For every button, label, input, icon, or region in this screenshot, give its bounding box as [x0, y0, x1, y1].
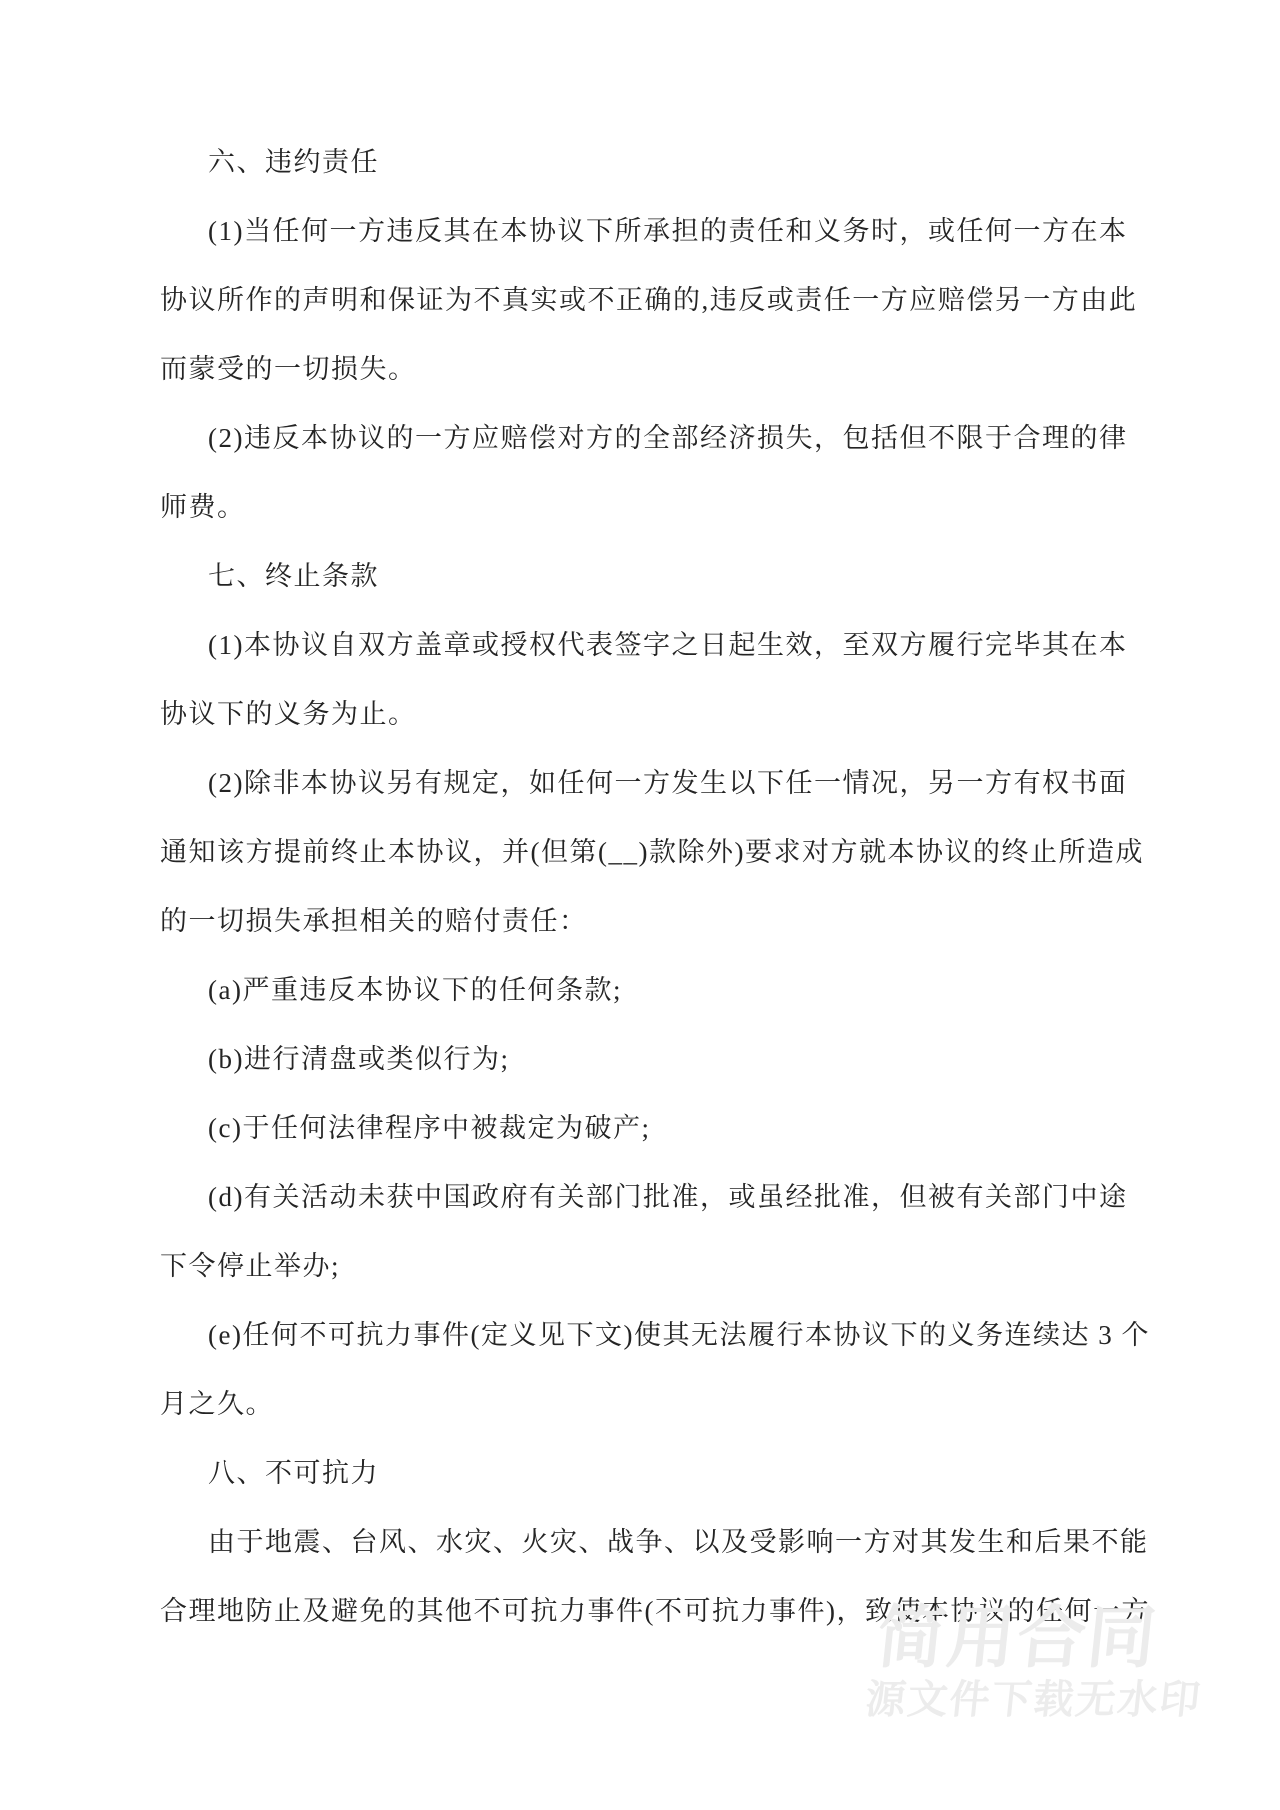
document-line: 由于地震、台风、水灾、火灾、战争、以及受影响一方对其发生和后果不能: [160, 1508, 1120, 1577]
document-line: (c)于任何法律程序中被裁定为破产;: [160, 1094, 1120, 1163]
document-line: (2)违反本协议的一方应赔偿对方的全部经济损失，包括但不限于合理的律: [160, 404, 1120, 473]
document-line: 协议所作的声明和保证为不真实或不正确的,违反或责任一方应赔偿另一方由此: [160, 266, 1120, 335]
document-line: (e)任何不可抗力事件(定义见下文)使其无法履行本协议下的义务连续达 3 个: [160, 1301, 1120, 1370]
document-line: 协议下的义务为止。: [160, 680, 1120, 749]
contract-page: 六、违约责任(1)当任何一方违反其在本协议下所承担的责任和义务时，或任何一方在本…: [0, 0, 1280, 1810]
document-line: (a)严重违反本协议下的任何条款;: [160, 956, 1120, 1025]
document-line: 而蒙受的一切损失。: [160, 335, 1120, 404]
document-line: 的一切损失承担相关的赔付责任：: [160, 887, 1120, 956]
document-line: 月之久。: [160, 1370, 1120, 1439]
document-body: 六、违约责任(1)当任何一方违反其在本协议下所承担的责任和义务时，或任何一方在本…: [160, 128, 1120, 1646]
document-line: 下令停止举办;: [160, 1232, 1120, 1301]
document-line: (2)除非本协议另有规定，如任何一方发生以下任一情况，另一方有权书面: [160, 749, 1120, 818]
document-line: 七、终止条款: [160, 542, 1120, 611]
document-line: (1)本协议自双方盖章或授权代表签字之日起生效，至双方履行完毕其在本: [160, 611, 1120, 680]
document-line: (1)当任何一方违反其在本协议下所承担的责任和义务时，或任何一方在本: [160, 197, 1120, 266]
watermark-tagline-text: 源文件下载无水印: [863, 1668, 1205, 1725]
document-line: 合理地防止及避免的其他不可抗力事件(不可抗力事件)，致使本协议的任何一方: [160, 1577, 1120, 1646]
document-line: 八、不可抗力: [160, 1439, 1120, 1508]
document-line: 师费。: [160, 473, 1120, 542]
document-line: 通知该方提前终止本协议，并(但第(__)款除外)要求对方就本协议的终止所造成: [160, 818, 1120, 887]
document-line: (d)有关活动未获中国政府有关部门批准，或虽经批准，但被有关部门中途: [160, 1163, 1120, 1232]
document-line: (b)进行清盘或类似行为;: [160, 1025, 1120, 1094]
document-line: 六、违约责任: [160, 128, 1120, 197]
